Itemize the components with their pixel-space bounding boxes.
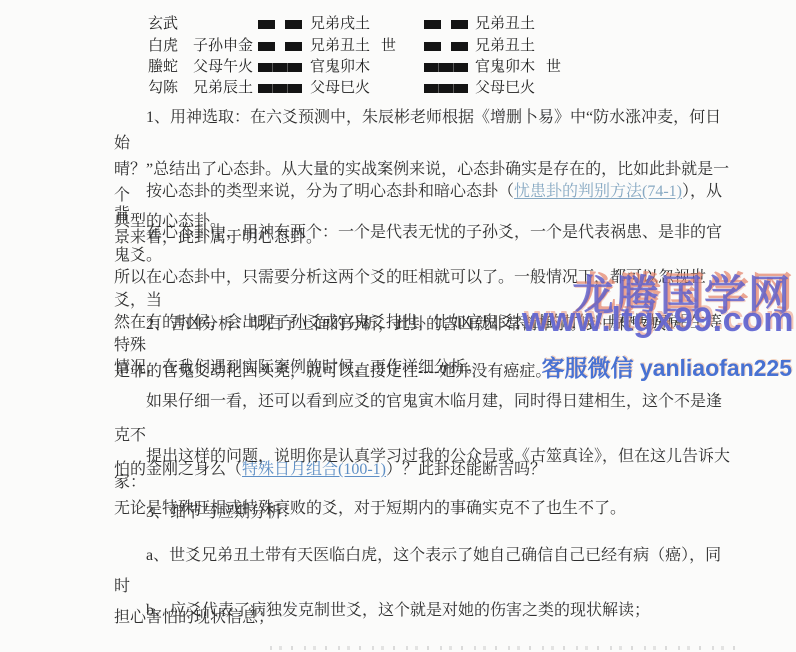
yao-text: 兄弟丑土	[310, 38, 370, 54]
cutoff-text-line	[270, 646, 740, 650]
paragraph-item-b: b、应爻代表了病独发克制世爻，这个就是对她的伤害之类的现状解读；	[114, 600, 734, 622]
yao-text: 官鬼卯木	[475, 59, 535, 75]
shi-marker: 世	[546, 59, 561, 75]
paragraph-detail-timing-heading: 3、细节与应期分析：	[114, 502, 734, 524]
paragraph-text: 按心态卦的类型来说，分为了明心态卦和暗心态卦（	[146, 183, 514, 200]
six-beast-label: 玄武	[148, 14, 178, 35]
hexagram-table-row: 玄武 兄弟戌土 兄弟丑土	[0, 14, 796, 35]
hexagram-table-row: 白虎 子孙申金 兄弟丑土世 兄弟丑土	[0, 36, 796, 57]
yao-label: 兄弟丑土	[475, 36, 546, 57]
yao-line-icon	[258, 63, 302, 72]
yao-text: 兄弟戌土	[310, 16, 370, 32]
yao-text: 父母巳火	[310, 80, 370, 96]
yao-text: 兄弟丑土	[475, 16, 535, 32]
link-youhuan-judgment-method[interactable]: 忧患卦的判别方法(74-1)	[514, 183, 682, 200]
yao-label: 兄弟戌土	[310, 14, 381, 35]
paragraph-jixiong-analysis: 2、吉凶分析：明白了上面的分析，此卦的吉凶就非常简单了。卦中代表疾病、 是非的官…	[114, 301, 734, 395]
six-beast-label: 螣蛇	[148, 57, 178, 78]
six-beast-label: 勾陈	[148, 78, 178, 99]
yao-line-icon	[424, 63, 468, 72]
hexagram-table-row: 勾陈 兄弟辰土 父母巳火 父母巳火	[0, 78, 796, 99]
yao-text: 兄弟丑土	[475, 38, 535, 54]
yao-line-icon	[258, 42, 302, 51]
hexagram-table-row: 螣蛇 父母午火 官鬼卯木 官鬼卯木世	[0, 57, 796, 78]
yao-label: 父母巳火	[310, 78, 381, 99]
yao-line-icon	[424, 42, 468, 51]
scanned-document-page: 玄武 兄弟戌土 兄弟丑土 白虎 子孙申金 兄弟丑土世 兄弟丑土 螣蛇 父母午火 …	[0, 0, 796, 652]
yao-label: 兄弟丑土	[475, 14, 546, 35]
yao-text: 父母巳火	[475, 80, 535, 96]
hidden-spirit-label: 父母午火	[193, 57, 253, 78]
hexagram-table: 玄武 兄弟戌土 兄弟丑土 白虎 子孙申金 兄弟丑土世 兄弟丑土 螣蛇 父母午火 …	[0, 12, 796, 104]
yao-label: 兄弟丑土世	[310, 36, 396, 57]
yao-label: 官鬼卯木世	[475, 57, 561, 78]
yao-line-icon	[424, 20, 468, 29]
hidden-spirit-label: 子孙申金	[193, 36, 253, 57]
hidden-spirit-label: 兄弟辰土	[193, 78, 253, 99]
yao-line-icon	[424, 84, 468, 93]
six-beast-label: 白虎	[148, 36, 178, 57]
yao-line-icon	[258, 20, 302, 29]
yao-line-icon	[258, 84, 302, 93]
yao-label: 官鬼卯木	[310, 57, 381, 78]
yao-label: 父母巳火	[475, 78, 546, 99]
shi-marker: 世	[381, 38, 396, 54]
yao-text: 官鬼卯木	[310, 59, 370, 75]
